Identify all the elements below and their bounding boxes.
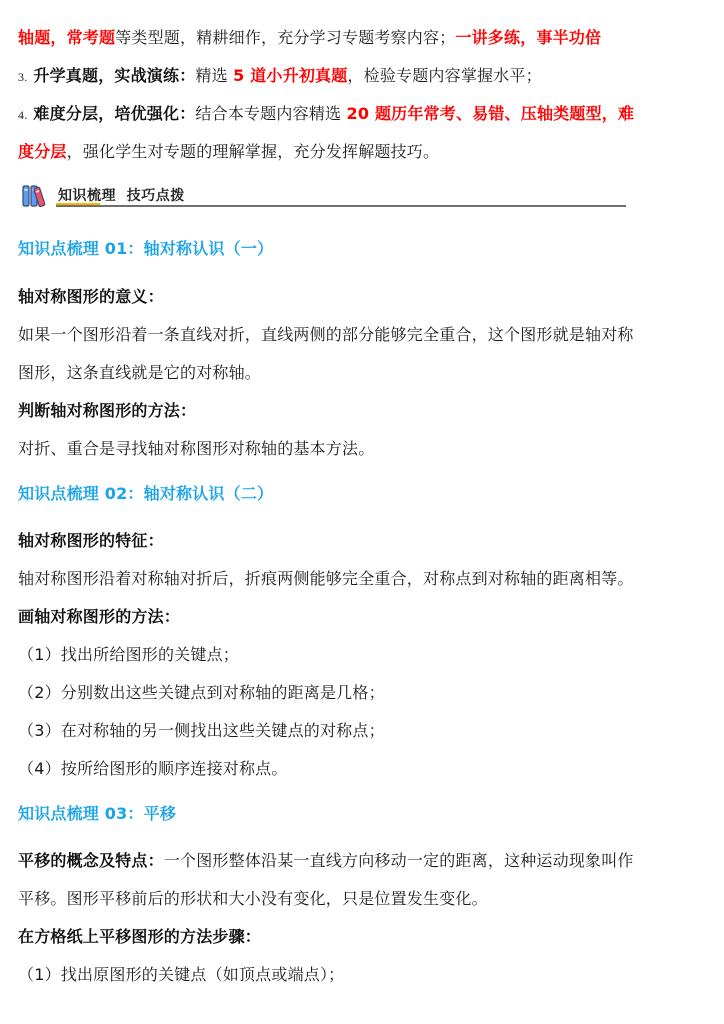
- section-label: 判断轴对称图形的方法：: [18, 400, 196, 422]
- section-label: 画轴对称图形的方法：: [18, 606, 180, 628]
- body-text: 结合本专题内容精选: [195, 104, 346, 123]
- section-heading-03: 知识点梳理 03：平移: [18, 803, 176, 825]
- item-label: 难度分层，培优强化：: [33, 104, 195, 123]
- list-item: （1）找出原图形的关键点（如顶点或端点）；: [18, 964, 344, 986]
- paragraph-text: 图形，这条直线就是它的对称轴。: [18, 362, 261, 384]
- section-label: 轴对称图形的意义：: [18, 286, 164, 308]
- body-text: ，强化学生对专题的理解掌握，充分发挥解题技巧。: [67, 142, 440, 161]
- paragraph-text: 一个图形整体沿某一直线方向移动一定的距离，这种运动现象叫作: [164, 851, 634, 870]
- paragraph-text: 轴对称图形沿着对称轴对折后，折痕两侧能够完全重合，对称点到对称轴的距离相等。: [18, 568, 634, 590]
- emphasis-text: 一讲多练，事半功倍: [455, 28, 601, 47]
- paragraph-with-label: 平移的概念及特点：一个图形整体沿某一直线方向移动一定的距离，这种运动现象叫作: [18, 850, 634, 872]
- body-text: ，检验专题内容掌握水平；: [347, 66, 541, 85]
- banner-title: 知识梳理 技巧点拨: [58, 185, 185, 205]
- books-icon: [22, 183, 52, 213]
- emphasis-text: 度分层: [18, 142, 67, 161]
- intro-item-4-cont: 度分层，强化学生对专题的理解掌握，充分发挥解题技巧。: [18, 141, 439, 163]
- banner-rule: [56, 205, 626, 207]
- section-heading-01: 知识点梳理 01：轴对称认识（一）: [18, 238, 273, 260]
- intro-item-4: 4.难度分层，培优强化：结合本专题内容精选 20 题历年常考、易错、压轴类题型，…: [18, 103, 634, 126]
- emphasis-text: 轴题，常考题: [18, 28, 115, 47]
- section-banner: 知识梳理 技巧点拨: [22, 183, 626, 209]
- section-label: 平移的概念及特点：: [18, 851, 164, 870]
- item-label: 升学真题，实战演练：: [33, 66, 195, 85]
- paragraph-text: 对折、重合是寻找轴对称图形对称轴的基本方法。: [18, 438, 374, 460]
- list-item: （1）找出所给图形的关键点；: [18, 644, 239, 666]
- intro-line-1: 轴题，常考题等类型题，精耕细作，充分学习专题考察内容；一讲多练，事半功倍: [18, 27, 601, 49]
- list-item: （2）分别数出这些关键点到对称轴的距离是几格；: [18, 682, 385, 704]
- section-label: 轴对称图形的特征：: [18, 530, 164, 552]
- intro-item-3: 3.升学真题，实战演练：精选 5 道小升初真题，检验专题内容掌握水平；: [18, 65, 542, 88]
- paragraph-text: 如果一个图形沿着一条直线对折，直线两侧的部分能够完全重合，这个图形就是轴对称: [18, 324, 634, 346]
- body-text: 等类型题，精耕细作，充分学习专题考察内容；: [115, 28, 455, 47]
- paragraph-text: 平移。图形平移前后的形状和大小没有变化，只是位置发生变化。: [18, 888, 488, 910]
- list-item: （4）按所给图形的顺序连接对称点。: [18, 758, 288, 780]
- list-number: 4.: [18, 108, 27, 122]
- body-text: 精选: [195, 66, 233, 85]
- section-heading-02: 知识点梳理 02：轴对称认识（二）: [18, 483, 273, 505]
- emphasis-text: 20 题历年常考、易错、压轴类题型，难: [347, 104, 635, 123]
- section-label: 在方格纸上平移图形的方法步骤：: [18, 926, 261, 948]
- emphasis-text: 5 道小升初真题: [233, 66, 347, 85]
- list-number: 3.: [18, 70, 27, 84]
- list-item: （3）在对称轴的另一侧找出这些关键点的对称点；: [18, 720, 385, 742]
